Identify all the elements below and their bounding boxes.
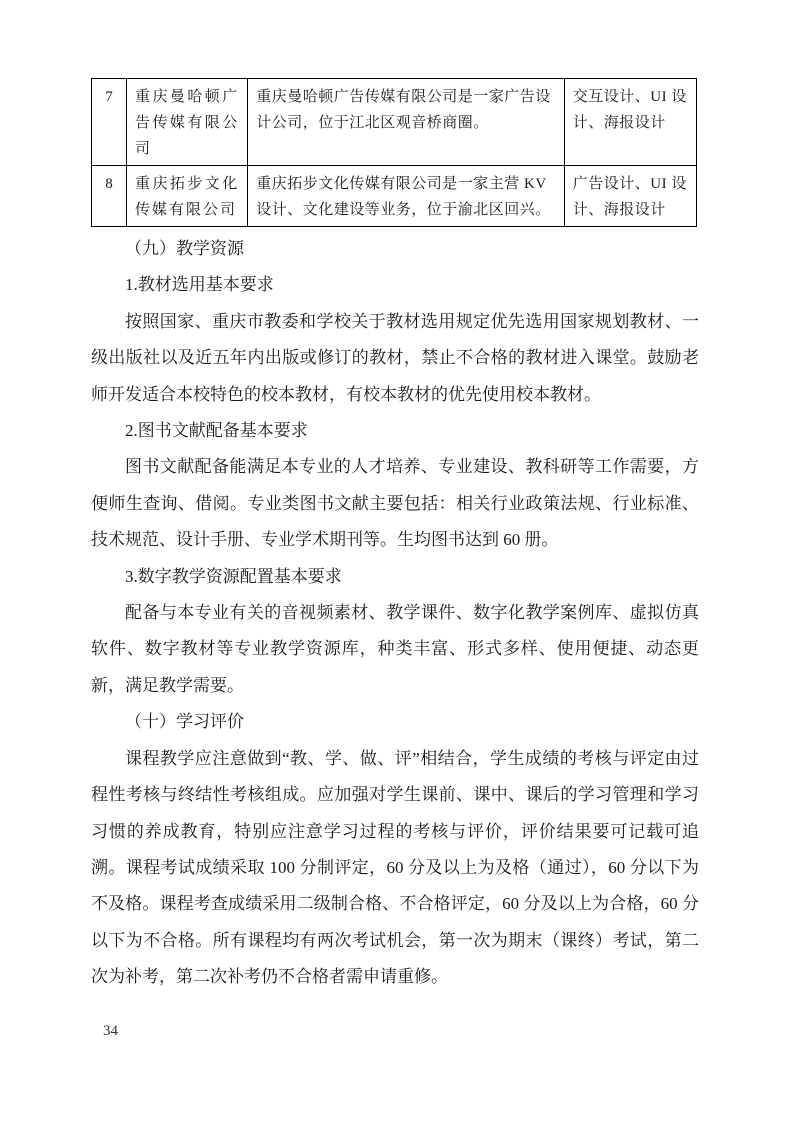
- subheading-digital-resources: 3.数字教学资源配置基本要求: [91, 559, 699, 595]
- company-description: 重庆曼哈顿广告传媒有限公司是一家广告设计公司，位于江北区观音桥商圈。: [248, 79, 565, 166]
- row-number: 8: [92, 166, 127, 227]
- text-sections: （九）教学资源 1.教材选用基本要求 按照国家、重庆市教委和学校关于教材选用规定…: [91, 231, 699, 996]
- paragraph-library-resources: 图书文献配备能满足本专业的人才培养、专业建设、教科研等工作需要，方便师生查询、借…: [91, 449, 699, 558]
- company-business-fields: 交互设计、UI 设计、海报设计: [564, 79, 696, 166]
- subheading-library-resources: 2.图书文献配备基本要求: [91, 413, 699, 449]
- paragraph-learning-evaluation: 课程教学应注意做到“教、学、做、评”相结合，学生成绩的考核与评定由过程性考核与终…: [91, 741, 699, 996]
- company-business-fields: 广告设计、UI 设计、海报设计: [564, 166, 696, 227]
- page-number: 34: [103, 1021, 118, 1041]
- paragraph-textbook-selection: 按照国家、重庆市教委和学校关于教材选用规定优先选用国家规划教材、一级出版社以及近…: [91, 304, 699, 413]
- partner-companies-table: 7 重庆曼哈顿广告传媒有限公司 重庆曼哈顿广告传媒有限公司是一家广告设计公司，位…: [91, 78, 697, 227]
- table-row: 8 重庆拓步文化传媒有限公司 重庆拓步文化传媒有限公司是一家主营 KV 设计、文…: [92, 166, 697, 227]
- row-number: 7: [92, 79, 127, 166]
- table-row: 7 重庆曼哈顿广告传媒有限公司 重庆曼哈顿广告传媒有限公司是一家广告设计公司，位…: [92, 79, 697, 166]
- document-body: 7 重庆曼哈顿广告传媒有限公司 重庆曼哈顿广告传媒有限公司是一家广告设计公司，位…: [91, 78, 699, 996]
- section-heading-teaching-resources: （九）教学资源: [91, 231, 699, 267]
- document-page: 7 重庆曼哈顿广告传媒有限公司 重庆曼哈顿广告传媒有限公司是一家广告设计公司，位…: [0, 0, 793, 1122]
- company-name: 重庆拓步文化传媒有限公司: [127, 166, 248, 227]
- section-heading-learning-evaluation: （十）学习评价: [91, 704, 699, 740]
- subheading-textbook-selection: 1.教材选用基本要求: [91, 267, 699, 303]
- company-description: 重庆拓步文化传媒有限公司是一家主营 KV 设计、文化建设等业务，位于渝北区回兴。: [248, 166, 565, 227]
- company-name: 重庆曼哈顿广告传媒有限公司: [127, 79, 248, 166]
- paragraph-digital-resources: 配备与本专业有关的音视频素材、教学课件、数字化教学案例库、虚拟仿真软件、数字教材…: [91, 595, 699, 704]
